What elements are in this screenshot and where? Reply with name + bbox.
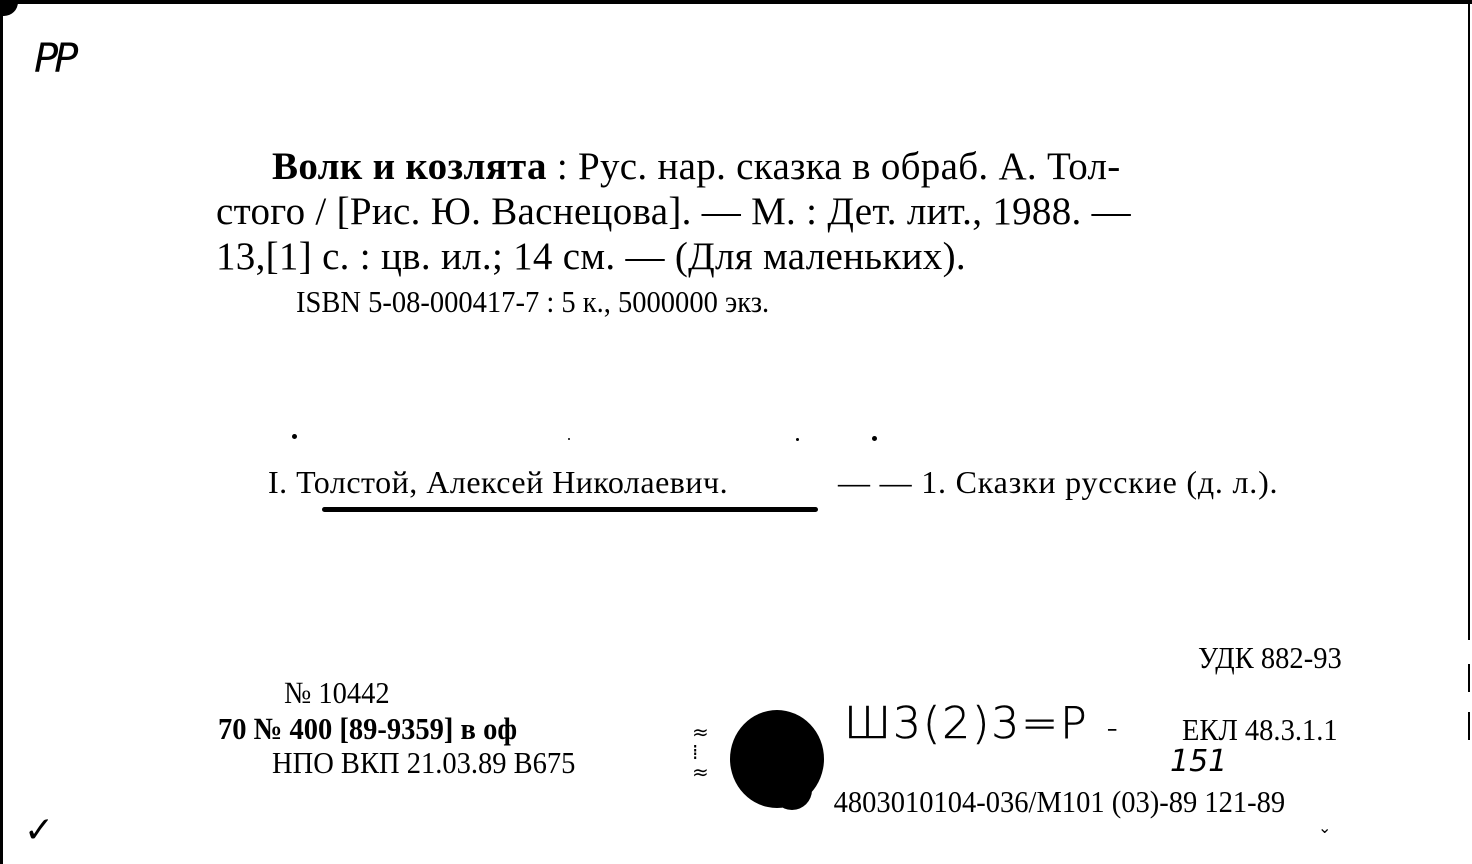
order-number: № 10442	[284, 676, 390, 710]
handwritten-call-number: Ш3(2)3=Р-	[844, 698, 1120, 749]
card-corner-shadow	[0, 0, 18, 16]
dot-mark	[796, 438, 799, 441]
dot-mark	[872, 436, 877, 441]
call-number-text: Ш3(2)3=Р	[844, 698, 1089, 749]
author-tracing: I. Толстой, Алексей Николаевич.	[268, 464, 728, 501]
card-edge-right-fragment	[1468, 664, 1470, 692]
catalog-card: РР Волк и козлята : Рус. нар. сказка в о…	[0, 0, 1472, 864]
checkmark-icon: ✓	[24, 810, 54, 851]
title-statement: : Рус. нар. сказка в обраб. А. Тол-	[547, 145, 1121, 188]
card-edge-right-fragment	[1468, 712, 1470, 740]
description-line-2: стого / [Рис. Ю. Васнецова]. — М. : Дет.…	[216, 189, 1394, 234]
card-edge-left	[0, 0, 3, 864]
handwritten-initials: РР	[34, 36, 74, 82]
ink-smudge: ≈⁞≈	[692, 722, 732, 782]
bibliographic-description: Волк и козлята : Рус. нар. сказка в обра…	[216, 144, 1394, 279]
card-edge-right	[1468, 0, 1470, 640]
dot-mark	[292, 434, 297, 439]
publisher-line: НПО ВКП 21.03.89 В675	[272, 746, 575, 780]
call-number-separator: -	[1107, 711, 1120, 746]
subject-tracing: — — 1. Сказки русские (д. л.).	[838, 464, 1278, 501]
udk-classification: УДК 882-93	[1198, 640, 1342, 676]
author-underline	[322, 507, 818, 512]
dot-mark	[568, 438, 570, 440]
description-line-1: Волк и козлята : Рус. нар. сказка в обра…	[216, 144, 1394, 189]
isbn-price-line: ISBN 5-08-000417-7 : 5 к., 5000000 экз.	[296, 284, 769, 320]
catalog-code-line: З4803010104-036/М101 (03)-89 121-89	[812, 784, 1285, 820]
description-line-3: 13,[1] с. : цв. ил.; 14 см. — (Для мален…	[216, 234, 1394, 279]
ekl-classification: ЕКЛ 48.3.1.1	[1182, 712, 1338, 748]
catalog-code: 4803010104-036/М101 (03)-89 121-89	[834, 784, 1286, 819]
print-run-line: 70 № 400 [89-9359] в оф	[218, 712, 517, 746]
book-title: Волк и козлята	[272, 145, 547, 188]
caret-mark: ⌄	[1318, 818, 1331, 838]
handwritten-inventory-number: 151	[1170, 744, 1227, 779]
card-edge-top	[0, 0, 1472, 4]
